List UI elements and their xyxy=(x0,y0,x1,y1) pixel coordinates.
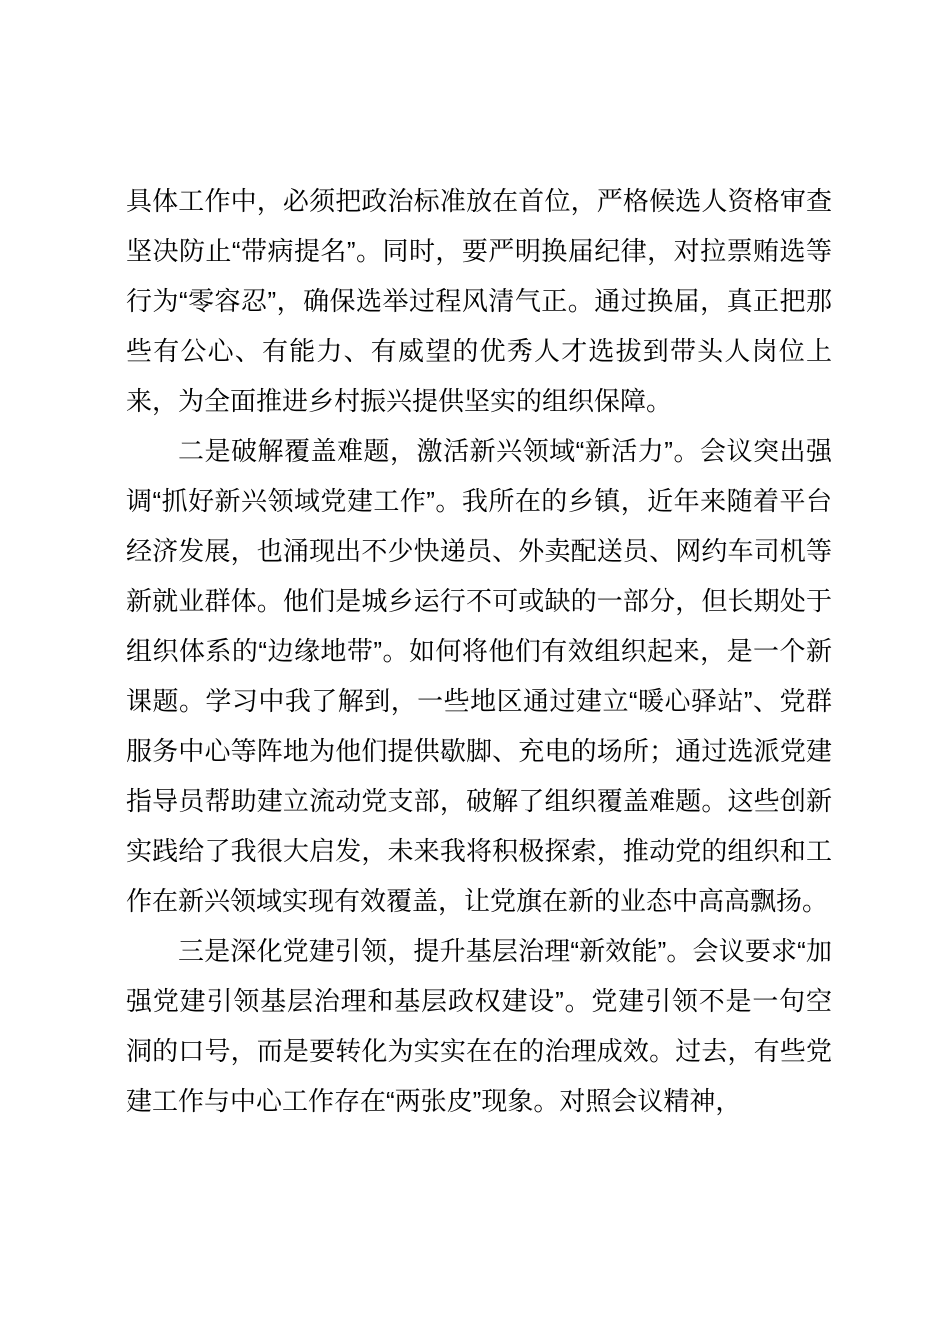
paragraph-continuation: 具体工作中，必须把政治标准放在首位，严格候选人资格审查坚决防止“带病提名”。同时… xyxy=(126,176,832,426)
paragraph-point-two: 二是破解覆盖难题，激活新兴领域“新活力”。会议突出强调“抓好新兴领域党建工作”。… xyxy=(126,426,832,926)
document-body: 具体工作中，必须把政治标准放在首位，严格候选人资格审查坚决防止“带病提名”。同时… xyxy=(126,176,832,1126)
paragraph-point-three: 三是深化党建引领，提升基层治理“新效能”。会议要求“加强党建引领基层治理和基层政… xyxy=(126,926,832,1126)
document-page: 具体工作中，必须把政治标准放在首位，严格候选人资格审查坚决防止“带病提名”。同时… xyxy=(0,0,950,1344)
